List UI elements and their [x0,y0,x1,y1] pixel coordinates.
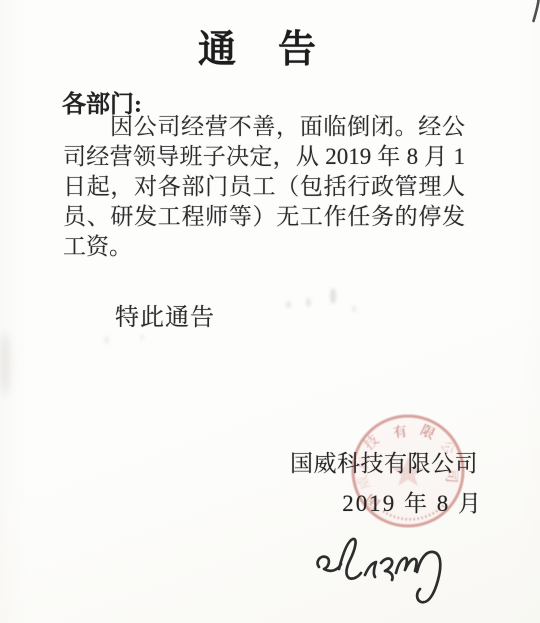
notice-document-photo: 通 告 各部门: 因公司经营不善，面临倒闭。经公 司经营领导班子决定，从 201… [0,0,540,623]
issue-date: 2019 年 8 月 [280,485,483,518]
photo-artifact [140,334,144,341]
photo-artifact [352,306,356,312]
body-line: 工资。 [63,232,465,262]
closing-phrase: 特此通告 [115,297,215,332]
body-line: 因公司经营不善，面临倒闭。经公 [63,112,465,142]
pen-mark [526,0,540,26]
photo-artifact [286,301,291,308]
body-line: 日起，对各部门员工（包括行政管理人 [63,172,465,202]
signature-block: 国威科技有限公司 2019 年 8 月 [280,445,483,518]
body-paragraph: 因公司经营不善，面临倒闭。经公 司经营领导班子决定，从 2019 年 8 月 1… [63,112,465,262]
seal-arc-char: 有 [392,424,408,442]
body-line: 司经营领导班子决定，从 2019 年 8 月 1 [63,142,465,172]
photo-artifact [0,332,10,396]
notice-title: 通 告 [0,18,516,73]
body-line: 员、研发工程师等）无工作任务的停发 [63,202,465,232]
photo-artifact [330,288,336,304]
handwritten-signature [295,523,460,608]
photo-artifact [306,298,311,307]
company-name: 国威科技有限公司 [280,445,483,478]
photo-artifact [104,336,109,344]
